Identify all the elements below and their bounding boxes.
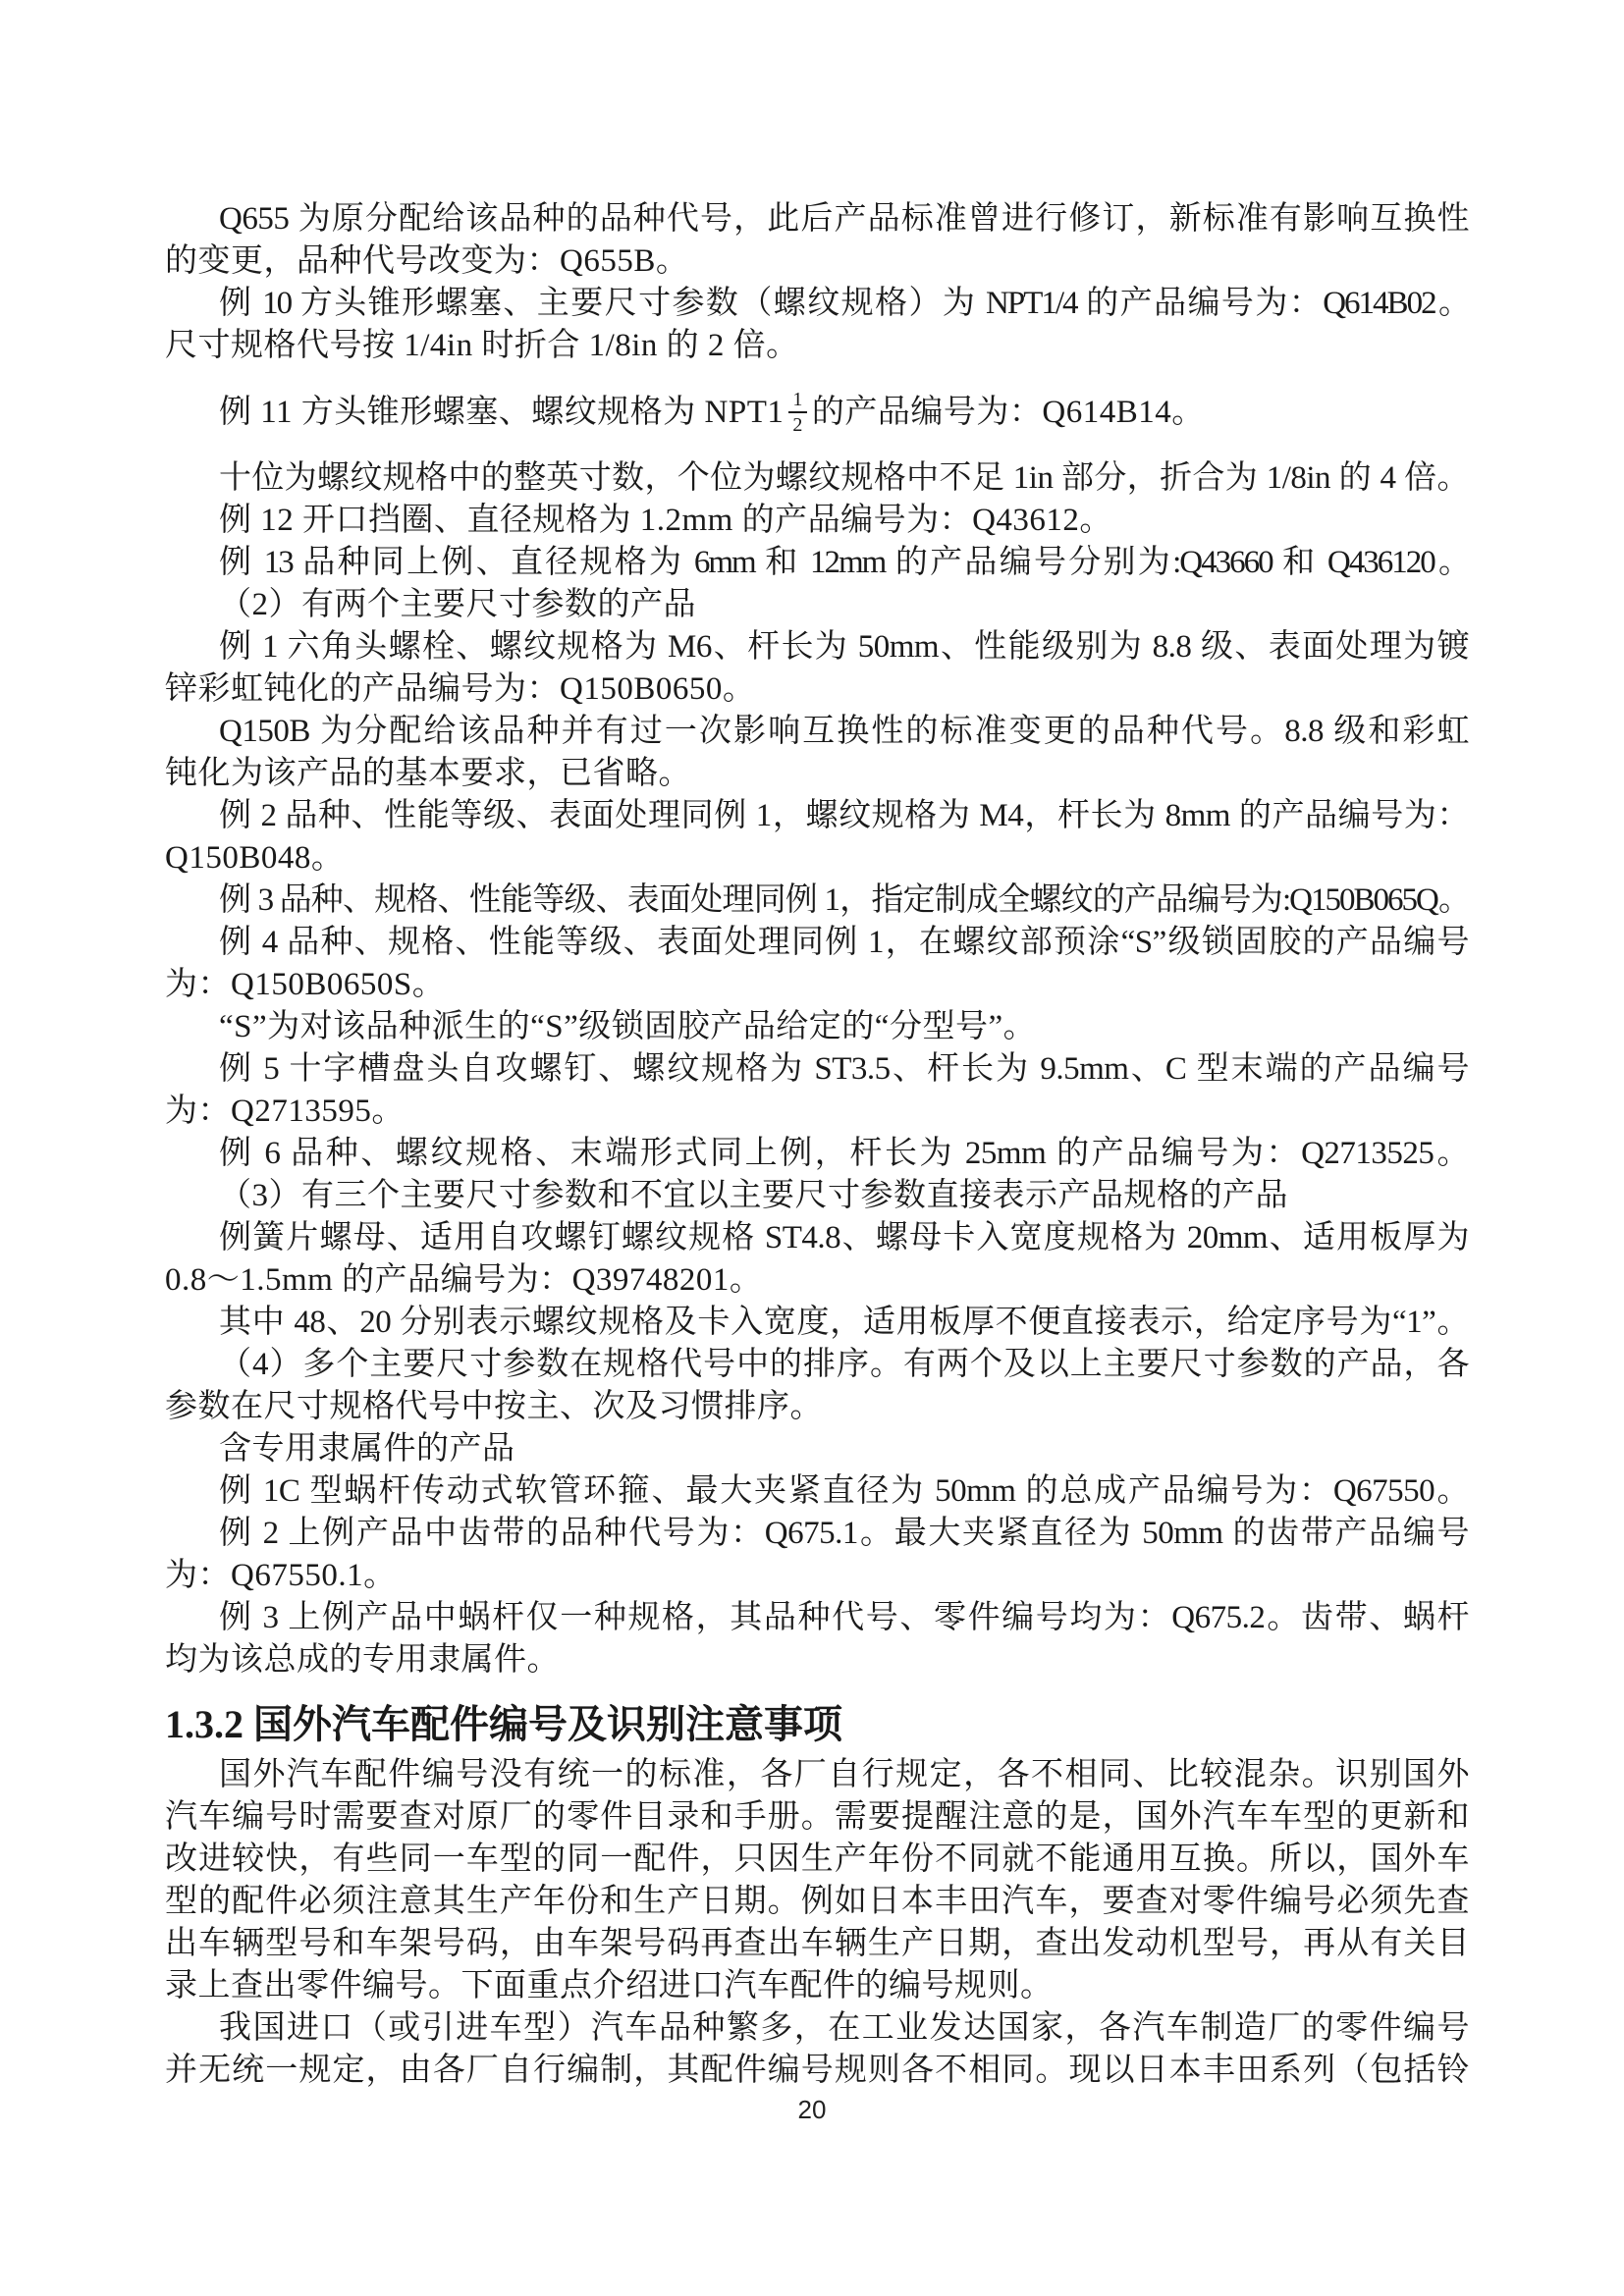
text-line: （4）多个主要尺寸参数在规格代号中的排序。有两个及以上主要尺寸参数的产品，各: [165, 1344, 1469, 1386]
text-line: 十位为螺纹规格中的整英寸数，个位为螺纹规格中不足 1in 部分，折合为 1/8i…: [165, 457, 1469, 500]
fraction-numerator: 1: [788, 389, 807, 413]
text-line: Q150B 为分配给该品种并有过一次影响互换性的标准变更的品种代号。8.8 级和…: [165, 711, 1469, 753]
fraction-line-post: 的产品编号为：Q614B14。: [812, 392, 1205, 434]
text-line: 例 1 六角头螺栓、螺纹规格为 M6、杆长为 50mm、性能级别为 8.8 级、…: [165, 626, 1469, 668]
fraction-line: 例 11 方头锥形螺塞、螺纹规格为 NPT112 的产品编号为：Q614B14。: [165, 367, 1469, 457]
text-line: 国外汽车配件编号没有统一的标准，各厂自行规定，各不相同、比较混杂。识别国外: [165, 1754, 1469, 1796]
text-line: 例 5 十字槽盘头自攻螺钉、螺纹规格为 ST3.5、杆长为 9.5mm、C 型末…: [165, 1048, 1469, 1091]
document-page: Q655 为原分配给该品种的品种代号，此后产品标准曾进行修订，新标准有影响互换性…: [0, 0, 1624, 2296]
text-line: 并无统一规定，由各厂自行编制，其配件编号规则各不相同。现以日本丰田系列（包括铃: [165, 2050, 1469, 2092]
text-line: 的变更，品种代号改变为：Q655B。: [165, 240, 1469, 283]
section-heading: 1.3.2 国外汽车配件编号及识别注意事项: [165, 1695, 1469, 1754]
fraction-line-pre: 例 11 方头锥形螺塞、螺纹规格为 NPT1: [219, 392, 784, 434]
text-line: Q150B048。: [165, 837, 1469, 880]
text-line: “S”为对该品种派生的“S”级锁固胶产品给定的“分型号”。: [165, 1006, 1469, 1048]
text-line: （3）有三个主要尺寸参数和不宜以主要尺寸参数直接表示产品规格的产品: [165, 1175, 1469, 1217]
text-line: 型的配件必须注意其生产年份和生产日期。例如日本丰田汽车，要查对零件编号必须先查: [165, 1881, 1469, 1923]
text-line: 尺寸规格代号按 1/4in 时折合 1/8in 的 2 倍。: [165, 325, 1469, 367]
text-line: 录上查出零件编号。下面重点介绍进口汽车配件的编号规则。: [165, 1965, 1469, 2007]
text-line: 均为该总成的专用隶属件。: [165, 1639, 1469, 1682]
text-line: 汽车编号时需要查对原厂的零件目录和手册。需要提醒注意的是，国外汽车车型的更新和: [165, 1796, 1469, 1839]
text-line: 其中 48、20 分别表示螺纹规格及卡入宽度，适用板厚不便直接表示，给定序号为“…: [165, 1302, 1469, 1344]
text-line: 例 2 上例产品中齿带的品种代号为：Q675.1。最大夹紧直径为 50mm 的齿…: [165, 1513, 1469, 1555]
text-line: 为：Q2713595。: [165, 1091, 1469, 1133]
text-line: 为：Q150B0650S。: [165, 964, 1469, 1006]
text-line: （2）有两个主要尺寸参数的产品: [165, 584, 1469, 626]
text-line: 例 10 方头锥形螺塞、主要尺寸参数（螺纹规格）为 NPT1/4 的产品编号为：…: [165, 283, 1469, 325]
text-line: 含专用隶属件的产品: [165, 1428, 1469, 1470]
text-line: 参数在尺寸规格代号中按主、次及习惯排序。: [165, 1386, 1469, 1428]
text-line: 例 3 品种、规格、性能等级、表面处理同例 1，指定制成全螺纹的产品编号为:Q1…: [165, 880, 1469, 922]
text-line: 例 2 品种、性能等级、表面处理同例 1，螺纹规格为 M4，杆长为 8mm 的产…: [165, 795, 1469, 837]
text-line: 我国进口（或引进车型）汽车品种繁多，在工业发达国家，各汽车制造厂的零件编号: [165, 2007, 1469, 2050]
text-line: 例 1C 型蜗杆传动式软管环箍、最大夹紧直径为 50mm 的总成产品编号为：Q6…: [165, 1470, 1469, 1513]
text-line: Q655 为原分配给该品种的品种代号，此后产品标准曾进行修订，新标准有影响互换性: [165, 198, 1469, 240]
text-line: 钝化为该产品的基本要求，已省略。: [165, 753, 1469, 795]
text-line: 例簧片螺母、适用自攻螺钉螺纹规格 ST4.8、螺母卡入宽度规格为 20mm、适用…: [165, 1217, 1469, 1259]
text-line: 改进较快，有些同一车型的同一配件，只因生产年份不同就不能通用互换。所以，国外车: [165, 1839, 1469, 1881]
text-line: 0.8～1.5mm 的产品编号为：Q39748201。: [165, 1259, 1469, 1302]
text-line: 例 3 上例产品中蜗杆仅一种规格，其品种代号、零件编号均为：Q675.2。齿带、…: [165, 1597, 1469, 1639]
fraction-denominator: 2: [788, 413, 807, 436]
stacked-fraction: 12: [788, 389, 807, 437]
text-line: 例 13 品种同上例、直径规格为 6mm 和 12mm 的产品编号分别为:Q43…: [165, 542, 1469, 584]
text-line: 例 12 开口挡圈、直径规格为 1.2mm 的产品编号为：Q43612。: [165, 500, 1469, 542]
text-line: 锌彩虹钝化的产品编号为：Q150B0650。: [165, 668, 1469, 711]
text-line: 为：Q67550.1。: [165, 1555, 1469, 1597]
text-line: 出车辆型号和车架号码，由车架号码再查出车辆生产日期，查出发动机型号，再从有关目: [165, 1923, 1469, 1965]
page-number: 20: [0, 2095, 1624, 2125]
text-line: 例 6 品种、螺纹规格、末端形式同上例，杆长为 25mm 的产品编号为：Q271…: [165, 1133, 1469, 1175]
text-column: Q655 为原分配给该品种的品种代号，此后产品标准曾进行修订，新标准有影响互换性…: [165, 198, 1469, 2092]
text-line: 例 4 品种、规格、性能等级、表面处理同例 1，在螺纹部预涂“S”级锁固胶的产品…: [165, 922, 1469, 964]
